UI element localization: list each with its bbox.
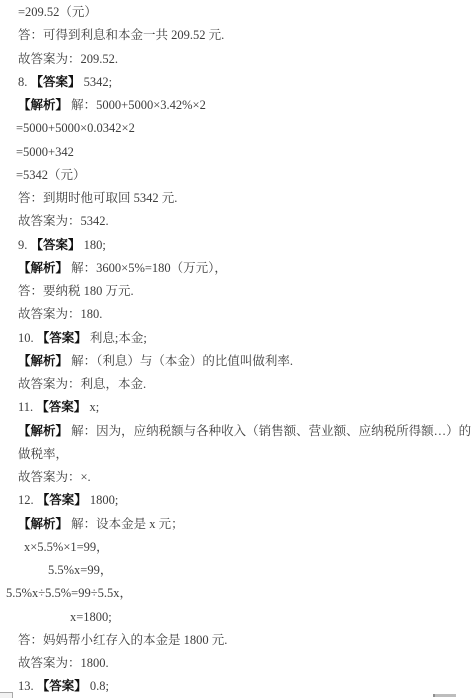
document-line: 故答案为：1800.	[0, 652, 472, 675]
line-text: 0.8;	[87, 679, 109, 693]
document-line: 10. 【答案】 利息;本金;	[0, 327, 472, 350]
line-text: 11.	[18, 400, 36, 414]
document-line: 答：妈妈帮小红存入的本金是 1800 元.	[0, 629, 472, 652]
bold-label: 【解析】	[18, 98, 68, 112]
document-line: 【解析】 解：5000+5000×3.42%×2	[0, 94, 472, 117]
line-text: 故答案为：利息，本金.	[18, 377, 146, 391]
scrollbar-corner-fragment[interactable]	[0, 692, 13, 698]
document-line: 9. 【答案】 180;	[0, 234, 472, 257]
bold-label: 【答案】	[36, 400, 86, 414]
line-text: 5.5%x÷5.5%=99÷5.5x，	[6, 586, 132, 600]
line-text: 解：5000+5000×3.42%×2	[68, 98, 206, 112]
line-text: 故答案为：1800.	[18, 656, 109, 670]
line-text: =5342（元）	[16, 168, 86, 182]
document-line: =209.52（元）	[0, 1, 472, 24]
horizontal-scrollbar-thumb[interactable]	[433, 694, 456, 697]
document-line: 【解析】 解：因为，应纳税额与各种收入（销售额、营业额、应纳税所得额…）的比率叫	[0, 420, 472, 443]
line-text: 故答案为：×.	[18, 470, 91, 484]
document-body: =209.52（元）答：可得到利息和本金一共 209.52 元.故答案为：209…	[0, 1, 472, 698]
line-text: 做税率，	[18, 447, 68, 461]
bold-label: 【解析】	[18, 424, 68, 438]
line-text: 5342;	[81, 75, 113, 89]
bold-label: 【解析】	[18, 517, 68, 531]
line-text: 解：设本金是 x 元；	[68, 517, 184, 531]
document-line: 故答案为：利息，本金.	[0, 373, 472, 396]
line-text: 答：可得到利息和本金一共 209.52 元.	[18, 28, 224, 42]
line-text: x×5.5%×1=99，	[24, 540, 109, 554]
bold-label: 【答案】	[31, 75, 81, 89]
document-line: 故答案为：209.52.	[0, 48, 472, 71]
line-text: 利息;本金;	[87, 331, 147, 345]
line-text: 10.	[18, 331, 37, 345]
document-line: x×5.5%×1=99，	[0, 536, 472, 559]
document-line: 答：要纳税 180 万元.	[0, 280, 472, 303]
document-line: 12. 【答案】 1800;	[0, 489, 472, 512]
line-text: 180;	[81, 238, 106, 252]
document-line: =5000+342	[0, 141, 472, 164]
line-text: 8.	[18, 75, 31, 89]
document-line: 【解析】 解：（利息）与（本金）的比值叫做利率.	[0, 350, 472, 373]
line-text: 5.5%x=99，	[48, 563, 112, 577]
document-line: 答：可得到利息和本金一共 209.52 元.	[0, 24, 472, 47]
document-line: 故答案为：180.	[0, 303, 472, 326]
document-line: 故答案为：×.	[0, 466, 472, 489]
document-page: { "page": { "background": "#ffffff", "te…	[0, 0, 472, 698]
document-line: 答：到期时他可取回 5342 元.	[0, 187, 472, 210]
line-text: =209.52（元）	[18, 5, 97, 19]
line-text: 答：到期时他可取回 5342 元.	[18, 191, 177, 205]
bold-label: 【答案】	[37, 493, 87, 507]
document-line: 5.5%x=99，	[0, 559, 472, 582]
document-line: 故答案为：5342.	[0, 210, 472, 233]
document-line: 【解析】 解：3600×5%=180（万元），	[0, 257, 472, 280]
document-line: 13. 【答案】 0.8;	[0, 675, 472, 698]
bold-label: 【解析】	[18, 354, 68, 368]
line-text: 答：要纳税 180 万元.	[18, 284, 134, 298]
line-text: 9.	[18, 238, 31, 252]
line-text: =5000+5000×0.0342×2	[16, 121, 135, 135]
line-text: 解：（利息）与（本金）的比值叫做利率.	[68, 354, 293, 368]
bold-label: 【答案】	[31, 238, 81, 252]
line-text: x;	[86, 400, 99, 414]
bold-label: 【答案】	[37, 679, 87, 693]
line-text: 答：妈妈帮小红存入的本金是 1800 元.	[18, 633, 227, 647]
document-line: 8. 【答案】 5342;	[0, 71, 472, 94]
document-line: 11. 【答案】 x;	[0, 396, 472, 419]
document-line: 做税率，	[0, 443, 472, 466]
document-line: =5342（元）	[0, 164, 472, 187]
document-line: 5.5%x÷5.5%=99÷5.5x，	[0, 582, 472, 605]
document-line: =5000+5000×0.0342×2	[0, 117, 472, 140]
bold-label: 【答案】	[37, 331, 87, 345]
line-text: 13.	[18, 679, 37, 693]
line-text: x=1800;	[70, 610, 112, 624]
line-text: 故答案为：180.	[18, 307, 102, 321]
line-text: =5000+342	[16, 145, 74, 159]
bold-label: 【解析】	[18, 261, 68, 275]
line-text: 12.	[18, 493, 37, 507]
line-text: 1800;	[87, 493, 119, 507]
line-text: 解：因为，应纳税额与各种收入（销售额、营业额、应纳税所得额…）的比率叫	[68, 424, 472, 438]
document-lines: =209.52（元）答：可得到利息和本金一共 209.52 元.故答案为：209…	[0, 1, 472, 698]
line-text: 解：3600×5%=180（万元），	[68, 261, 227, 275]
document-line: x=1800;	[0, 606, 472, 629]
line-text: 故答案为：209.52.	[18, 52, 118, 66]
line-text: 故答案为：5342.	[18, 214, 109, 228]
document-line: 【解析】 解：设本金是 x 元；	[0, 513, 472, 536]
